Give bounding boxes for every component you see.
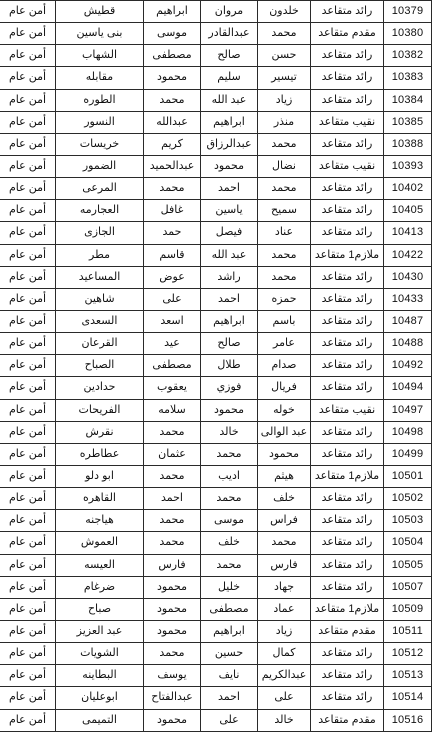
table-row: 10385 نقيب متقاعد منذر ابراهيم عبدالله ا… [0, 111, 432, 133]
cell-grandfather-name: سلامه [144, 399, 201, 421]
cell-category: أمن عام [0, 222, 56, 244]
cell-family-name: العيسه [56, 554, 144, 576]
cell-serial-number: 10501 [384, 465, 432, 487]
table-row: 10487 رائد متقاعد باسم ابراهيم اسعد السع… [0, 310, 432, 332]
cell-rank: رائد متقاعد [311, 687, 384, 709]
cell-grandfather-name: محمود [144, 620, 201, 642]
cell-rank: رائد متقاعد [311, 532, 384, 554]
cell-grandfather-name: عبدالفتاح [144, 687, 201, 709]
cell-first-name: محمد [258, 133, 311, 155]
cell-family-name: شاهين [56, 288, 144, 310]
cell-category: أمن عام [0, 598, 56, 620]
cell-rank: رائد متقاعد [311, 288, 384, 310]
table-row: 10502 رائد متقاعد خلف محمد احمد القاهره … [0, 488, 432, 510]
cell-first-name: سميح [258, 200, 311, 222]
cell-grandfather-name: ابراهيم [144, 1, 201, 23]
cell-first-name: محمد [258, 532, 311, 554]
cell-serial-number: 10494 [384, 377, 432, 399]
table-row: 10422 ملازم1 متقاعد محمد عبد الله قاسم م… [0, 244, 432, 266]
cell-category: أمن عام [0, 67, 56, 89]
cell-serial-number: 10502 [384, 488, 432, 510]
cell-grandfather-name: قاسم [144, 244, 201, 266]
cell-serial-number: 10505 [384, 554, 432, 576]
cell-category: أمن عام [0, 310, 56, 332]
cell-first-name: محمد [258, 266, 311, 288]
table-row: 10430 رائد متقاعد محمد راشد عوض المساعيد… [0, 266, 432, 288]
cell-serial-number: 10511 [384, 620, 432, 642]
cell-father-name: فيصل [201, 222, 258, 244]
cell-grandfather-name: على [144, 288, 201, 310]
cell-category: أمن عام [0, 377, 56, 399]
cell-father-name: خليل [201, 576, 258, 598]
cell-serial-number: 10497 [384, 399, 432, 421]
table-row: 10488 رائد متقاعد عامر صالح عيد القرعان … [0, 333, 432, 355]
cell-family-name: مطر [56, 244, 144, 266]
table-row: 10497 نقيب متقاعد خوله محمود سلامه الفري… [0, 399, 432, 421]
cell-first-name: كمال [258, 643, 311, 665]
table-row: 10379 رائد متقاعد خلدون مروان ابراهيم قط… [0, 1, 432, 23]
cell-first-name: حمزه [258, 288, 311, 310]
cell-serial-number: 10422 [384, 244, 432, 266]
cell-rank: رائد متقاعد [311, 45, 384, 67]
cell-father-name: نايف [201, 665, 258, 687]
cell-first-name: عامر [258, 333, 311, 355]
cell-category: أمن عام [0, 554, 56, 576]
table-row: 10499 رائد متقاعد محمود محمد عثمان عطاطر… [0, 443, 432, 465]
table-row: 10507 رائد متقاعد جهاد خليل محمود ضرغام … [0, 576, 432, 598]
cell-father-name: صالح [201, 333, 258, 355]
cell-rank: رائد متقاعد [311, 576, 384, 598]
cell-category: أمن عام [0, 443, 56, 465]
table-row: 10509 ملازم1 متقاعد عماد مصطفى محمود صبا… [0, 598, 432, 620]
cell-serial-number: 10513 [384, 665, 432, 687]
cell-serial-number: 10385 [384, 111, 432, 133]
cell-serial-number: 10405 [384, 200, 432, 222]
cell-category: أمن عام [0, 421, 56, 443]
cell-grandfather-name: مصطفى [144, 355, 201, 377]
cell-family-name: مقابله [56, 67, 144, 89]
cell-family-name: الشهاب [56, 45, 144, 67]
cell-rank: نقيب متقاعد [311, 155, 384, 177]
cell-category: أمن عام [0, 687, 56, 709]
cell-serial-number: 10380 [384, 23, 432, 45]
cell-grandfather-name: محمود [144, 598, 201, 620]
cell-father-name: محمد [201, 488, 258, 510]
cell-category: أمن عام [0, 510, 56, 532]
cell-grandfather-name: محمد [144, 532, 201, 554]
cell-family-name: ابوعليان [56, 687, 144, 709]
cell-father-name: اديب [201, 465, 258, 487]
cell-serial-number: 10509 [384, 598, 432, 620]
cell-rank: رائد متقاعد [311, 200, 384, 222]
cell-first-name: صدام [258, 355, 311, 377]
cell-grandfather-name: محمد [144, 89, 201, 111]
table-row: 10504 رائد متقاعد محمد خلف محمد العموش أ… [0, 532, 432, 554]
cell-family-name: حدادين [56, 377, 144, 399]
cell-family-name: المساعيد [56, 266, 144, 288]
cell-grandfather-name: اسعد [144, 310, 201, 332]
cell-first-name: زياد [258, 89, 311, 111]
cell-father-name: خالد [201, 421, 258, 443]
table-row: 10513 رائد متقاعد عبدالكريم نايف يوسف ال… [0, 665, 432, 687]
cell-first-name: هيثم [258, 465, 311, 487]
cell-grandfather-name: احمد [144, 488, 201, 510]
table-row: 10393 نقيب متقاعد نضال محمود عبدالحميد ا… [0, 155, 432, 177]
cell-first-name: محمد [258, 178, 311, 200]
cell-grandfather-name: عوض [144, 266, 201, 288]
cell-serial-number: 10402 [384, 178, 432, 200]
cell-first-name: على [258, 687, 311, 709]
cell-father-name: محمود [201, 399, 258, 421]
table-row: 10384 رائد متقاعد زياد عبد الله محمد الط… [0, 89, 432, 111]
cell-category: أمن عام [0, 399, 56, 421]
cell-category: أمن عام [0, 288, 56, 310]
cell-father-name: محمود [201, 155, 258, 177]
cell-category: أمن عام [0, 665, 56, 687]
cell-grandfather-name: محمد [144, 178, 201, 200]
table-row: 10514 رائد متقاعد على احمد عبدالفتاح ابو… [0, 687, 432, 709]
cell-grandfather-name: محمد [144, 421, 201, 443]
cell-father-name: طلال [201, 355, 258, 377]
cell-serial-number: 10433 [384, 288, 432, 310]
cell-first-name: محمد [258, 244, 311, 266]
cell-father-name: عبد الله [201, 89, 258, 111]
cell-family-name: ابو دلو [56, 465, 144, 487]
cell-serial-number: 10503 [384, 510, 432, 532]
cell-family-name: العجارمه [56, 200, 144, 222]
cell-category: أمن عام [0, 111, 56, 133]
cell-serial-number: 10488 [384, 333, 432, 355]
cell-grandfather-name: يوسف [144, 665, 201, 687]
table-row: 10405 رائد متقاعد سميح ياسين غافل العجار… [0, 200, 432, 222]
cell-family-name: ضرغام [56, 576, 144, 598]
table-row: 10402 رائد متقاعد محمد احمد محمد المرعى … [0, 178, 432, 200]
cell-category: أمن عام [0, 200, 56, 222]
cell-first-name: عبدالكريم [258, 665, 311, 687]
cell-rank: نقيب متقاعد [311, 399, 384, 421]
table-row: 10512 رائد متقاعد كمال حسين محمد الشويات… [0, 643, 432, 665]
cell-family-name: الضمور [56, 155, 144, 177]
cell-family-name: قطيش [56, 1, 144, 23]
cell-family-name: النسور [56, 111, 144, 133]
cell-family-name: العموش [56, 532, 144, 554]
cell-first-name: عبد الوالى [258, 421, 311, 443]
table-row: 10382 رائد متقاعد حسن صالح مصطفى الشهاب … [0, 45, 432, 67]
cell-family-name: الشويات [56, 643, 144, 665]
cell-family-name: الصباح [56, 355, 144, 377]
cell-father-name: محمد [201, 443, 258, 465]
cell-rank: رائد متقاعد [311, 443, 384, 465]
cell-family-name: الطوره [56, 89, 144, 111]
cell-first-name: تيسير [258, 67, 311, 89]
cell-family-name: عطاطره [56, 443, 144, 465]
cell-serial-number: 10499 [384, 443, 432, 465]
cell-grandfather-name: محمد [144, 510, 201, 532]
cell-grandfather-name: يعقوب [144, 377, 201, 399]
cell-first-name: نضال [258, 155, 311, 177]
cell-first-name: منذر [258, 111, 311, 133]
cell-category: أمن عام [0, 709, 56, 732]
cell-father-name: ياسين [201, 200, 258, 222]
cell-serial-number: 10383 [384, 67, 432, 89]
cell-grandfather-name: محمود [144, 709, 201, 732]
cell-family-name: التميمى [56, 709, 144, 732]
cell-grandfather-name: كريم [144, 133, 201, 155]
cell-father-name: حسين [201, 643, 258, 665]
cell-rank: رائد متقاعد [311, 89, 384, 111]
cell-serial-number: 10379 [384, 1, 432, 23]
cell-father-name: فوزي [201, 377, 258, 399]
cell-family-name: الجازى [56, 222, 144, 244]
cell-serial-number: 10430 [384, 266, 432, 288]
cell-family-name: القرعان [56, 333, 144, 355]
cell-family-name: نقرش [56, 421, 144, 443]
cell-serial-number: 10413 [384, 222, 432, 244]
cell-family-name: هياجنه [56, 510, 144, 532]
cell-rank: رائد متقاعد [311, 266, 384, 288]
cell-rank: مقدم متقاعد [311, 709, 384, 732]
cell-father-name: خلف [201, 532, 258, 554]
cell-grandfather-name: محمد [144, 643, 201, 665]
table-row: 10498 رائد متقاعد عبد الوالى خالد محمد ن… [0, 421, 432, 443]
cell-category: أمن عام [0, 643, 56, 665]
cell-grandfather-name: مصطفى [144, 45, 201, 67]
cell-father-name: ابراهيم [201, 310, 258, 332]
cell-first-name: محمد [258, 23, 311, 45]
cell-category: أمن عام [0, 620, 56, 642]
cell-category: أمن عام [0, 133, 56, 155]
cell-rank: رائد متقاعد [311, 133, 384, 155]
cell-serial-number: 10487 [384, 310, 432, 332]
cell-first-name: خلف [258, 488, 311, 510]
cell-father-name: راشد [201, 266, 258, 288]
cell-father-name: موسى [201, 510, 258, 532]
cell-rank: ملازم1 متقاعد [311, 244, 384, 266]
cell-first-name: فارس [258, 554, 311, 576]
cell-family-name: عبد العزيز [56, 620, 144, 642]
cell-serial-number: 10498 [384, 421, 432, 443]
cell-first-name: فراس [258, 510, 311, 532]
cell-grandfather-name: عثمان [144, 443, 201, 465]
cell-category: أمن عام [0, 266, 56, 288]
cell-serial-number: 10516 [384, 709, 432, 732]
cell-rank: رائد متقاعد [311, 421, 384, 443]
cell-rank: ملازم1 متقاعد [311, 465, 384, 487]
cell-father-name: محمد [201, 554, 258, 576]
cell-family-name: المرعى [56, 178, 144, 200]
cell-rank: رائد متقاعد [311, 554, 384, 576]
cell-rank: رائد متقاعد [311, 665, 384, 687]
cell-family-name: الفريحات [56, 399, 144, 421]
cell-family-name: البطاينه [56, 665, 144, 687]
table-row: 10492 رائد متقاعد صدام طلال مصطفى الصباح… [0, 355, 432, 377]
cell-family-name: صباح [56, 598, 144, 620]
cell-rank: نقيب متقاعد [311, 111, 384, 133]
cell-first-name: زياد [258, 620, 311, 642]
cell-serial-number: 10382 [384, 45, 432, 67]
cell-category: أمن عام [0, 465, 56, 487]
cell-rank: رائد متقاعد [311, 1, 384, 23]
cell-first-name: خلدون [258, 1, 311, 23]
table-row: 10505 رائد متقاعد فارس محمد فارس العيسه … [0, 554, 432, 576]
cell-grandfather-name: فارس [144, 554, 201, 576]
cell-serial-number: 10492 [384, 355, 432, 377]
cell-rank: رائد متقاعد [311, 67, 384, 89]
cell-category: أمن عام [0, 244, 56, 266]
cell-grandfather-name: محمد [144, 465, 201, 487]
cell-serial-number: 10514 [384, 687, 432, 709]
cell-first-name: فريال [258, 377, 311, 399]
cell-rank: رائد متقاعد [311, 178, 384, 200]
cell-category: أمن عام [0, 1, 56, 23]
table-row: 10516 مقدم متقاعد خالد على محمود التميمى… [0, 709, 432, 732]
cell-grandfather-name: موسى [144, 23, 201, 45]
cell-father-name: صالح [201, 45, 258, 67]
cell-serial-number: 10507 [384, 576, 432, 598]
cell-first-name: جهاد [258, 576, 311, 598]
cell-category: أمن عام [0, 178, 56, 200]
retired-officers-table: 10379 رائد متقاعد خلدون مروان ابراهيم قط… [0, 0, 432, 732]
cell-category: أمن عام [0, 89, 56, 111]
table-row: 10380 مقدم متقاعد محمد عبدالقادر موسى بن… [0, 23, 432, 45]
table-row: 10511 مقدم متقاعد زياد ابراهيم محمود عبد… [0, 620, 432, 642]
cell-father-name: سليم [201, 67, 258, 89]
cell-serial-number: 10384 [384, 89, 432, 111]
cell-father-name: مروان [201, 1, 258, 23]
cell-family-name: خريسات [56, 133, 144, 155]
cell-serial-number: 10393 [384, 155, 432, 177]
cell-serial-number: 10388 [384, 133, 432, 155]
cell-rank: رائد متقاعد [311, 377, 384, 399]
cell-serial-number: 10504 [384, 532, 432, 554]
cell-first-name: عناد [258, 222, 311, 244]
cell-rank: رائد متقاعد [311, 310, 384, 332]
cell-first-name: حسن [258, 45, 311, 67]
table-row: 10494 رائد متقاعد فريال فوزي يعقوب حدادي… [0, 377, 432, 399]
cell-rank: رائد متقاعد [311, 355, 384, 377]
cell-category: أمن عام [0, 45, 56, 67]
cell-family-name: القاهره [56, 488, 144, 510]
cell-father-name: عبد الله [201, 244, 258, 266]
cell-category: أمن عام [0, 23, 56, 45]
cell-father-name: احمد [201, 288, 258, 310]
cell-grandfather-name: غافل [144, 200, 201, 222]
cell-grandfather-name: عبدالله [144, 111, 201, 133]
cell-category: أمن عام [0, 333, 56, 355]
cell-father-name: احمد [201, 178, 258, 200]
cell-father-name: عبدالقادر [201, 23, 258, 45]
cell-family-name: بنى ياسين [56, 23, 144, 45]
cell-category: أمن عام [0, 155, 56, 177]
cell-rank: رائد متقاعد [311, 222, 384, 244]
cell-category: أمن عام [0, 532, 56, 554]
cell-first-name: عماد [258, 598, 311, 620]
cell-rank: رائد متقاعد [311, 488, 384, 510]
table-row: 10501 ملازم1 متقاعد هيثم اديب محمد ابو د… [0, 465, 432, 487]
table-row: 10433 رائد متقاعد حمزه احمد على شاهين أم… [0, 288, 432, 310]
cell-first-name: خوله [258, 399, 311, 421]
cell-rank: ملازم1 متقاعد [311, 598, 384, 620]
cell-family-name: السعدى [56, 310, 144, 332]
cell-grandfather-name: عبدالحميد [144, 155, 201, 177]
cell-rank: مقدم متقاعد [311, 23, 384, 45]
table-row: 10413 رائد متقاعد عناد فيصل حمد الجازى أ… [0, 222, 432, 244]
cell-serial-number: 10512 [384, 643, 432, 665]
cell-father-name: ابراهيم [201, 111, 258, 133]
cell-grandfather-name: حمد [144, 222, 201, 244]
cell-rank: مقدم متقاعد [311, 620, 384, 642]
cell-father-name: عبدالرزاق [201, 133, 258, 155]
cell-category: أمن عام [0, 488, 56, 510]
cell-father-name: احمد [201, 687, 258, 709]
table-row: 10383 رائد متقاعد تيسير سليم محمود مقابل… [0, 67, 432, 89]
cell-rank: رائد متقاعد [311, 643, 384, 665]
cell-first-name: باسم [258, 310, 311, 332]
cell-grandfather-name: محمود [144, 67, 201, 89]
cell-father-name: ابراهيم [201, 620, 258, 642]
cell-rank: رائد متقاعد [311, 510, 384, 532]
cell-rank: رائد متقاعد [311, 333, 384, 355]
table-body: 10379 رائد متقاعد خلدون مروان ابراهيم قط… [0, 1, 432, 732]
cell-father-name: على [201, 709, 258, 732]
cell-grandfather-name: عيد [144, 333, 201, 355]
cell-category: أمن عام [0, 355, 56, 377]
cell-first-name: محمود [258, 443, 311, 465]
cell-first-name: خالد [258, 709, 311, 732]
table-row: 10503 رائد متقاعد فراس موسى محمد هياجنه … [0, 510, 432, 532]
cell-category: أمن عام [0, 576, 56, 598]
cell-father-name: مصطفى [201, 598, 258, 620]
table-row: 10388 رائد متقاعد محمد عبدالرزاق كريم خر… [0, 133, 432, 155]
cell-grandfather-name: محمود [144, 576, 201, 598]
